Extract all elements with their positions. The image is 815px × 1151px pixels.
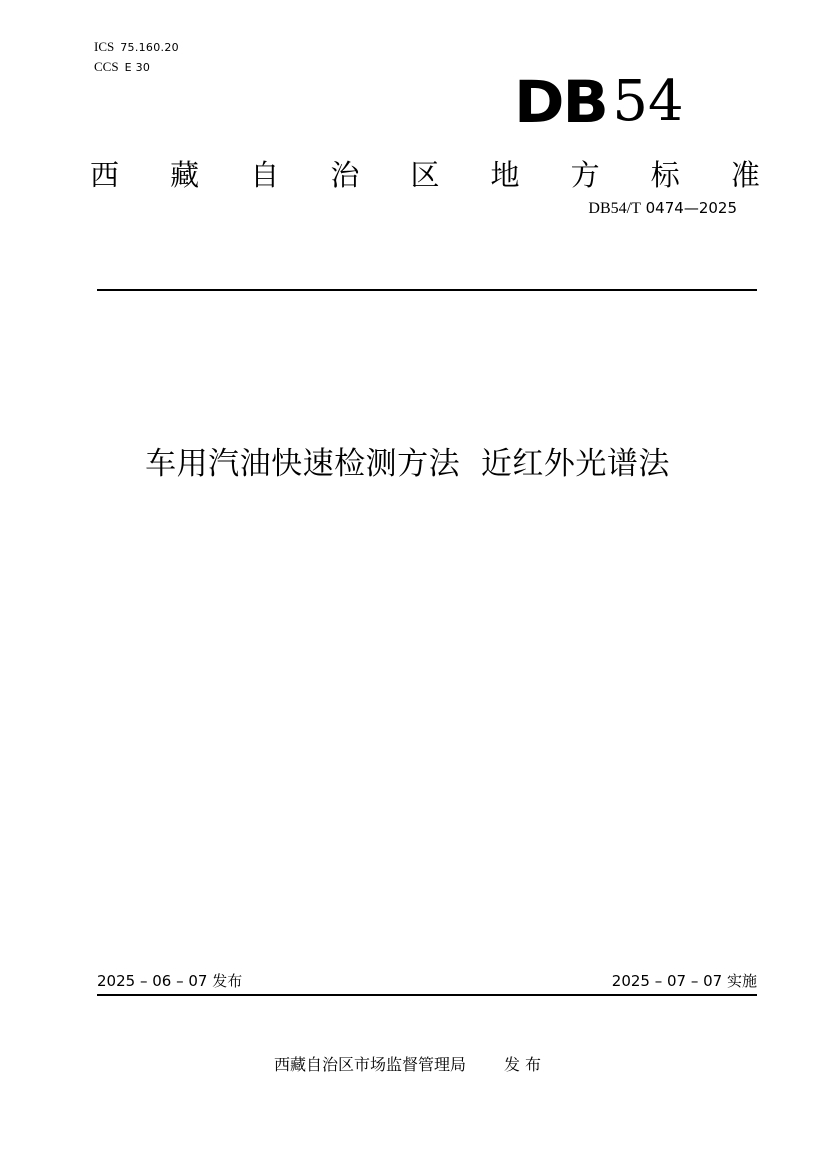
heading-char: 准 xyxy=(731,157,760,193)
heading-char: 藏 xyxy=(170,157,199,193)
publish-date: 2025 – 06 – 07 发布 xyxy=(97,971,242,991)
heading-char: 治 xyxy=(330,157,359,193)
ics-label: ICS xyxy=(94,39,114,55)
issuer-line: 西藏自治区市场监督管理局发 布 xyxy=(0,1054,815,1076)
implement-date: 2025 – 07 – 07 实施 xyxy=(612,971,757,991)
bottom-divider xyxy=(97,994,757,996)
issuer-name: 西藏自治区市场监督管理局 xyxy=(274,1055,466,1074)
heading-char: 区 xyxy=(410,157,439,193)
standard-number: DB54/T 0474—2025 xyxy=(588,198,737,219)
standard-type-heading: 西 藏 自 治 区 地 方 标 准 xyxy=(90,157,760,193)
heading-char: 标 xyxy=(651,157,680,193)
document-title: 车用汽油快速检测方法 近红外光谱法 xyxy=(0,444,815,484)
heading-char: 西 xyxy=(90,157,119,193)
top-divider xyxy=(97,289,757,291)
standard-number-prefix: DB54/T xyxy=(588,200,640,217)
logo-letters: DB xyxy=(514,76,607,128)
logo-number: 54 xyxy=(612,76,683,128)
standard-number-value: 0474—2025 xyxy=(646,199,737,217)
ccs-label: CCS xyxy=(94,59,119,75)
heading-char: 地 xyxy=(491,157,520,193)
issuer-action: 发 布 xyxy=(504,1055,541,1074)
db54-logo: DB 54 xyxy=(514,76,684,128)
heading-char: 方 xyxy=(571,157,600,193)
ccs-code: CCSE 30 xyxy=(94,59,150,76)
ccs-value: E 30 xyxy=(125,61,151,74)
heading-char: 自 xyxy=(250,157,279,193)
ics-code: ICS75.160.20 xyxy=(94,39,179,56)
ics-value: 75.160.20 xyxy=(120,41,179,54)
